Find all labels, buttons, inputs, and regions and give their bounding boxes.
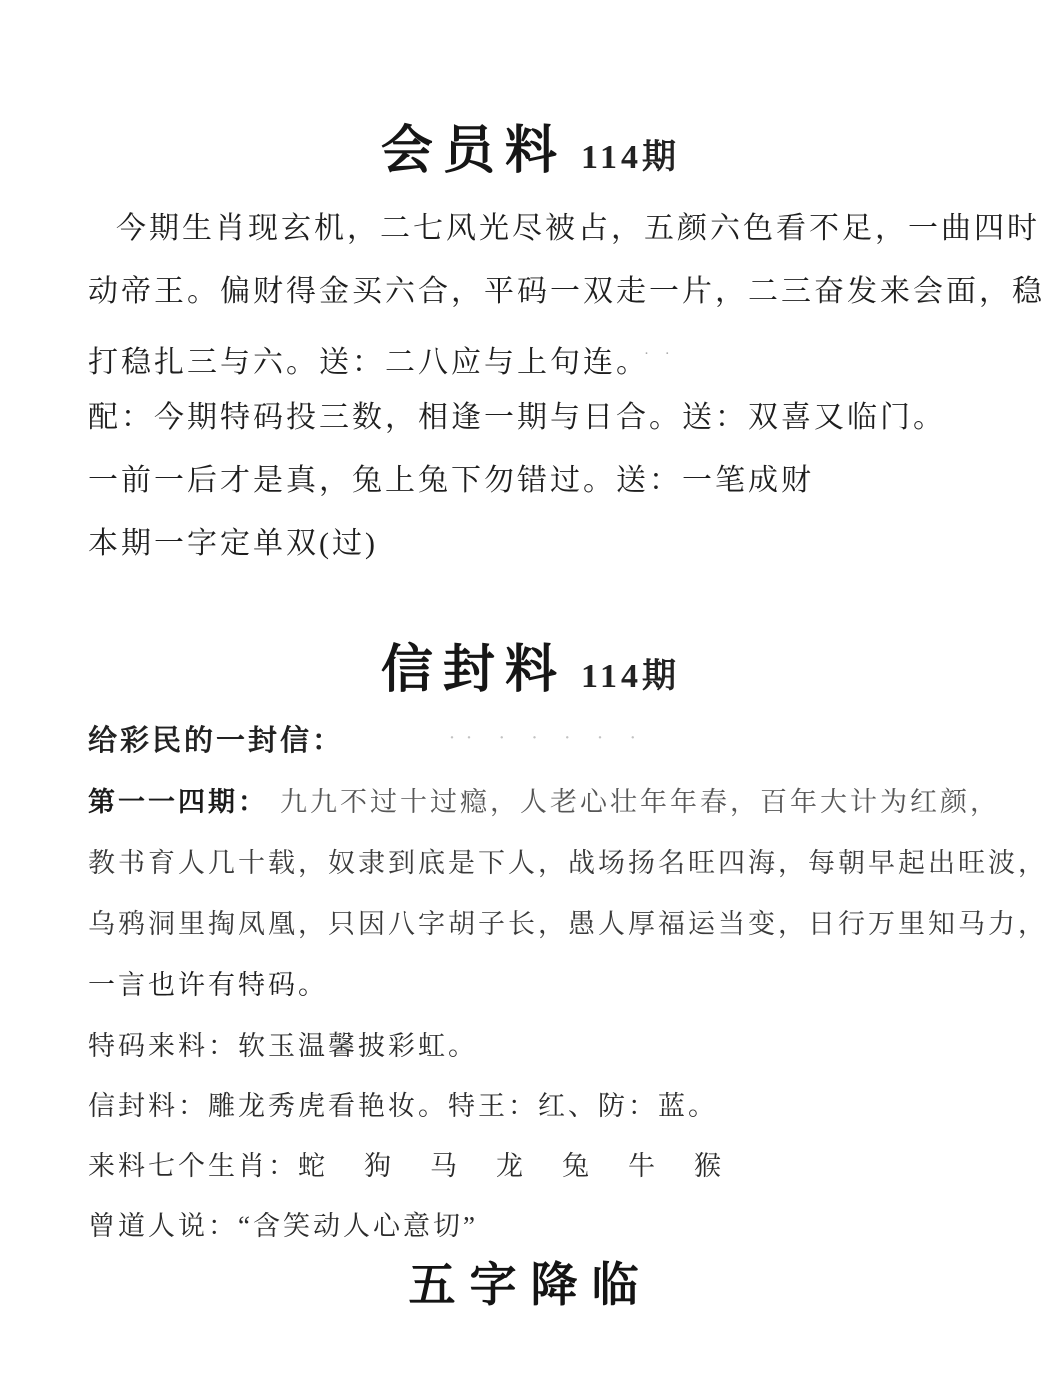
footer-five-char-title: 五字降临: [0, 1248, 1061, 1315]
envelope-section-title: 信封料114期: [0, 627, 1061, 702]
member-text-block: 今期生肖现玄机，二七风光尽被占，五颜六色看不足，一曲四时 动帝王。偏财得金买六合…: [0, 197, 1061, 575]
member-line-4: 配：今期特码投三数，相逢一期与日合。送：双喜又临门。: [0, 386, 1061, 449]
zodiac-line: 来料七个生肖：蛇 狗 马 龙 兔 牛 猴: [0, 1136, 1061, 1196]
scanned-document-page: 会员料114期 今期生肖现玄机，二七风光尽被占，五颜六色看不足，一曲四时 动帝王…: [0, 0, 1061, 1388]
envelope-material-line: 信封料：雕龙秀虎看艳妆。特王：红、防：蓝。: [0, 1076, 1061, 1136]
member-line-2: 动帝王。偏财得金买六合，平码一双走一片，二三奋发来会面，稳: [0, 260, 1061, 323]
special-code-material-line: 特码来料：软玉温馨披彩虹。: [0, 1016, 1061, 1076]
letter-label-text: 给彩民的一封信：: [88, 725, 330, 757]
issue-114-label: 第一一四期：: [88, 787, 268, 817]
member-line-3: 打稳扎三与六。送：二八应与上句连。· ·: [0, 323, 1061, 386]
scan-noise-dots-letter: ·· · · · · ·: [450, 730, 648, 746]
envelope-para-line-1-text: 九九不过十过瘾，人老心壮年年春，百年大计为红颜，: [280, 787, 1000, 817]
member-issue-number: 114期: [581, 139, 680, 176]
member-line-6: 本期一字定单双(过): [0, 512, 1061, 575]
envelope-para-line-4: 一言也许有特码。: [0, 955, 1061, 1016]
envelope-para-line-2: 教书育人几十载，奴隶到底是下人，战场扬名旺四海，每朝早起出旺波，: [0, 833, 1061, 894]
envelope-para-line-3: 乌鸦洞里掏凤凰，只因八字胡子长，愚人厚福运当变，日行万里知马力，: [0, 894, 1061, 955]
scan-noise-dots: · ·: [644, 346, 676, 362]
zengdaoren-quote-line: 曾道人说：“含笑动人心意切”: [0, 1196, 1061, 1256]
letter-to-bettors-label: 给彩民的一封信：·· · · · · ·: [0, 714, 1061, 762]
member-section-title: 会员料114期: [0, 108, 1061, 183]
zodiac-animals-list: 蛇 狗 马 龙 兔 牛 猴: [298, 1151, 727, 1181]
member-title: 会员料: [381, 123, 567, 180]
member-line-3-text: 打稳扎三与六。送：二八应与上句连。: [88, 346, 634, 379]
envelope-title: 信封料: [381, 642, 567, 699]
member-line-1: 今期生肖现玄机，二七风光尽被占，五颜六色看不足，一曲四时: [0, 197, 1061, 260]
envelope-para-line-1: 第一一四期：九九不过十过瘾，人老心壮年年春，百年大计为红颜，: [0, 772, 1061, 833]
envelope-paragraph: 第一一四期：九九不过十过瘾，人老心壮年年春，百年大计为红颜， 教书育人几十载，奴…: [0, 772, 1061, 1016]
zodiac-label: 来料七个生肖：: [88, 1151, 298, 1181]
envelope-issue-number: 114期: [581, 658, 680, 695]
member-line-5: 一前一后才是真，兔上兔下勿错过。送：一笔成财: [0, 449, 1061, 512]
